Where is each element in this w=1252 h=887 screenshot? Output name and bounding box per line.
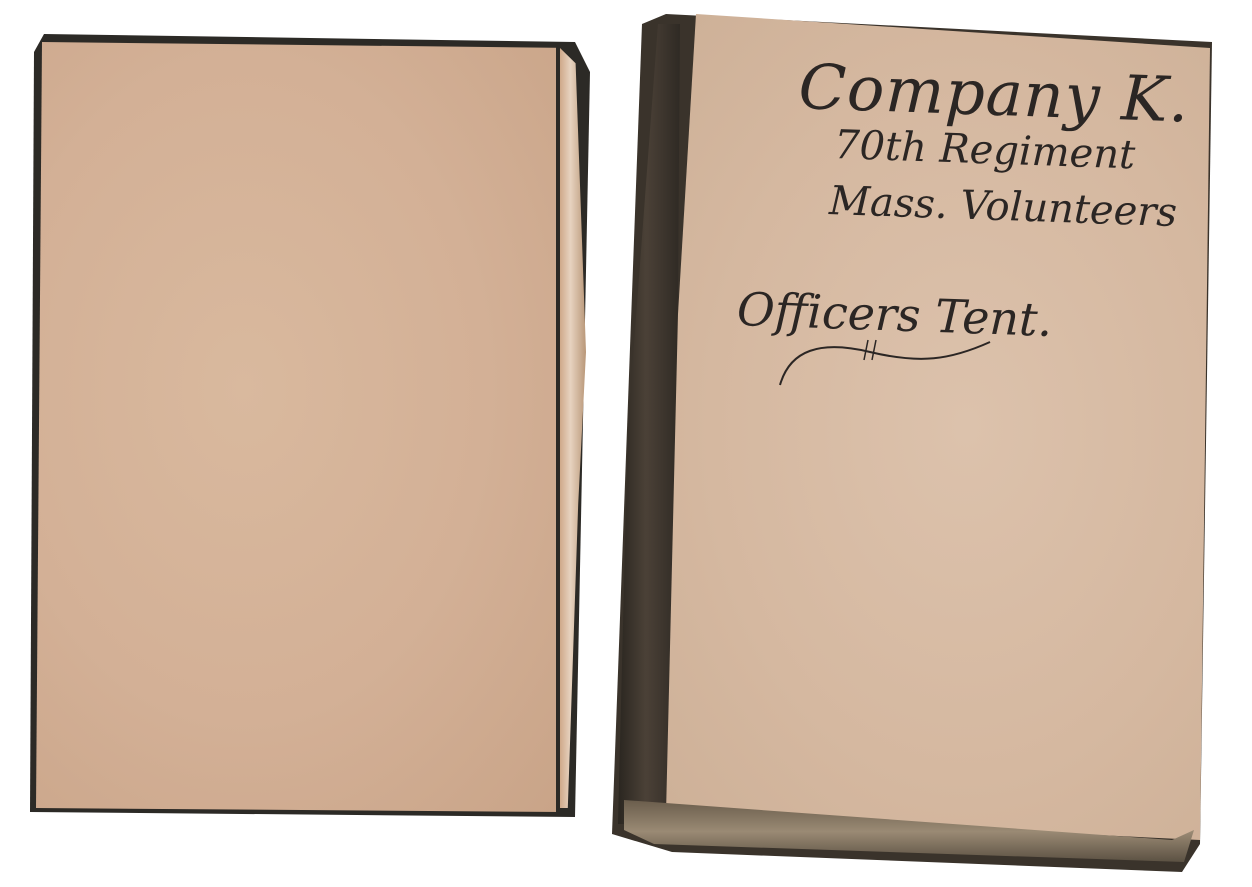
ink-flourish-icon <box>760 330 1000 390</box>
left-book-page <box>36 42 556 812</box>
